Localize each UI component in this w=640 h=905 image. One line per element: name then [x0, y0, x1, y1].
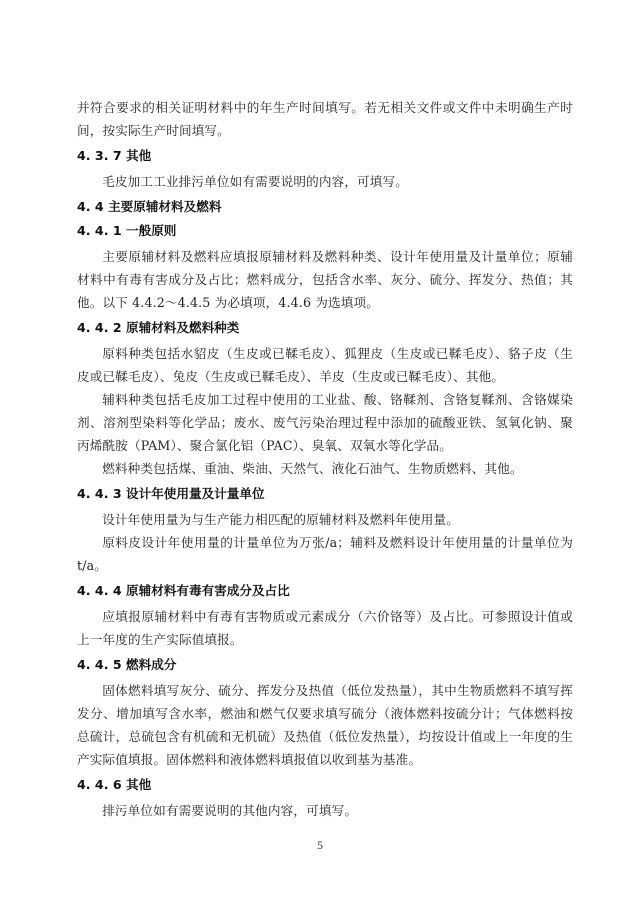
heading-4-4-1: 4. 4. 1 一般原则 [77, 221, 573, 241]
heading-4-4-2: 4. 4. 2 原辅材料及燃料种类 [77, 318, 573, 338]
paragraph-production-time-continued: 并符合要求的相关证明材料中的年生产时间填写。若无相关文件或文件中未明确生产时间，… [77, 96, 573, 142]
heading-4-4: 4. 4 主要原辅材料及燃料 [77, 197, 573, 217]
heading-4-4-5: 4. 4. 5 燃料成分 [77, 655, 573, 675]
paragraph-fuel-types: 燃料种类包括煤、重油、柴油、天然气、液化石油气、生物质燃料、其他。 [77, 457, 573, 480]
page-content: 并符合要求的相关证明材料中的年生产时间填写。若无相关文件或文件中未明确生产时间，… [77, 96, 573, 822]
paragraph-measurement-units: 原料皮设计年使用量的计量单位为万张/a；辅料及燃料设计年使用量的计量单位为 t/… [77, 531, 573, 577]
paragraph-4-4-6: 排污单位如有需要说明的其他内容，可填写。 [77, 799, 573, 822]
document-page: 并符合要求的相关证明材料中的年生产时间填写。若无相关文件或文件中未明确生产时间，… [0, 0, 640, 905]
paragraph-4-3-7: 毛皮加工工业排污单位如有需要说明的内容，可填写。 [77, 170, 573, 193]
heading-4-3-7: 4. 3. 7 其他 [77, 146, 573, 166]
paragraph-4-4-4: 应填报原辅材料中有毒有害物质或元素成分（六价铬等）及占比。可参照设计值或上一年度… [77, 605, 573, 651]
page-number: 5 [0, 838, 640, 853]
paragraph-4-4-5: 固体燃料填写灰分、硫分、挥发分及热值（低位发热量），其中生物质燃料不填写挥发分、… [77, 679, 573, 771]
heading-4-4-6: 4. 4. 6 其他 [77, 775, 573, 795]
heading-4-4-4: 4. 4. 4 原辅材料有毒有害成分及占比 [77, 581, 573, 601]
paragraph-auxiliary-material-types: 辅料种类包括毛皮加工过程中使用的工业盐、酸、铬鞣剂、含铬复鞣剂、含铬媒染剂、溶剂… [77, 388, 573, 457]
paragraph-raw-material-types: 原料种类包括水貂皮（生皮或已鞣毛皮）、狐狸皮（生皮或已鞣毛皮）、貉子皮（生皮或已… [77, 342, 573, 388]
paragraph-design-usage: 设计年使用量为与生产能力相匹配的原辅材料及燃料年使用量。 [77, 508, 573, 531]
heading-4-4-3: 4. 4. 3 设计年使用量及计量单位 [77, 484, 573, 504]
paragraph-4-4-1: 主要原辅材料及燃料应填报原辅材料及燃料种类、设计年使用量及计量单位；原辅材料中有… [77, 245, 573, 314]
